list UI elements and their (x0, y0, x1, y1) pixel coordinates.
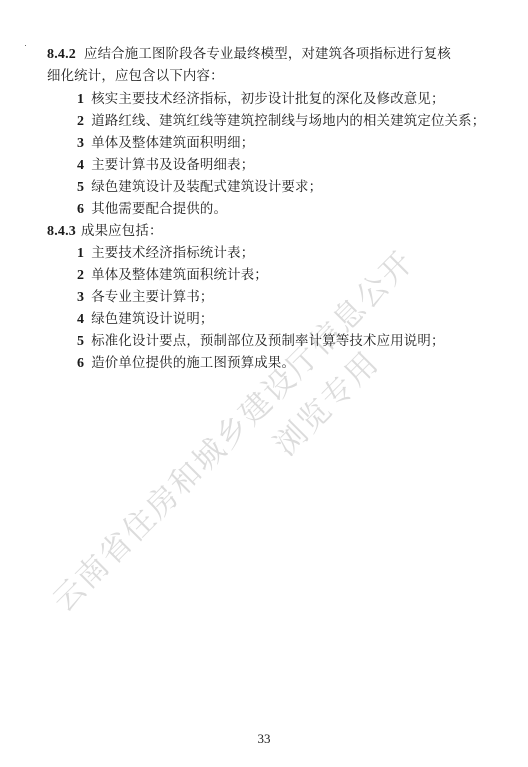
item-number: 4 (77, 158, 84, 173)
item-number: 3 (77, 136, 84, 151)
page-number: 33 (0, 731, 528, 747)
item-text: 主要计算书及设备明细表； (91, 158, 254, 173)
item-text: 各专业主要计算书； (91, 290, 213, 305)
item-number: 5 (77, 180, 84, 195)
list-item: 1核实主要技术经济指标，初步设计批复的深化及修改意见； (77, 92, 445, 108)
list-item: 2道路红线、建筑红线等建筑控制线与场地内的相关建筑定位关系； (77, 114, 485, 130)
item-text: 道路红线、建筑红线等建筑控制线与场地内的相关建筑定位关系； (91, 114, 485, 129)
item-number: 2 (77, 268, 84, 283)
item-number: 3 (77, 290, 84, 305)
item-text: 核实主要技术经济指标，初步设计批复的深化及修改意见； (91, 92, 444, 107)
list-item: 1主要技术经济指标统计表； (77, 246, 254, 262)
list-item: 5标准化设计要点，预制部位及预制率计算等技术应用说明； (77, 334, 445, 350)
item-text: 其他需要配合提供的。 (91, 202, 227, 217)
list-item: 4主要计算书及设备明细表； (77, 158, 254, 174)
item-text: 标准化设计要点，预制部位及预制率计算等技术应用说明； (91, 334, 444, 349)
clause-text: 成果应包括： (81, 224, 163, 239)
document-page: 云南省住房和城乡建设厅信息公开 浏览专用 8.4.2应结合施工图阶段各专业最终模… (0, 0, 528, 767)
clause-text: 应结合施工图阶段各专业最终模型，对建筑各项指标进行复核 (84, 47, 451, 62)
item-number: 4 (77, 312, 84, 327)
item-number: 1 (77, 246, 84, 261)
stray-dot (25, 45, 26, 46)
item-number: 2 (77, 114, 84, 129)
list-item: 6其他需要配合提供的。 (77, 202, 227, 218)
clause-text-continued: 细化统计，应包含以下内容： (47, 69, 224, 84)
list-item: 4绿色建筑设计说明； (77, 312, 214, 328)
item-text: 单体及整体建筑面积统计表； (91, 268, 268, 283)
item-text: 造价单位提供的施工图预算成果。 (91, 356, 295, 371)
clause-8-4-2-line-1: 8.4.2应结合施工图阶段各专业最终模型，对建筑各项指标进行复核 (47, 47, 451, 63)
clause-8-4-3-line-1: 8.4.3成果应包括： (47, 224, 163, 240)
item-text: 绿色建筑设计及装配式建筑设计要求； (91, 180, 322, 195)
item-text: 单体及整体建筑面积明细； (91, 136, 254, 151)
list-item: 3各专业主要计算书； (77, 290, 214, 306)
item-number: 6 (77, 202, 84, 217)
clause-number: 8.4.3 (47, 224, 76, 239)
item-text: 主要技术经济指标统计表； (91, 246, 254, 261)
item-number: 6 (77, 356, 84, 371)
item-number: 1 (77, 92, 84, 107)
list-item: 3单体及整体建筑面积明细； (77, 136, 254, 152)
list-item: 5绿色建筑设计及装配式建筑设计要求； (77, 180, 322, 196)
clause-8-4-2-line-2: 细化统计，应包含以下内容： (47, 69, 224, 85)
item-text: 绿色建筑设计说明； (91, 312, 213, 327)
list-item: 6造价单位提供的施工图预算成果。 (77, 356, 295, 372)
item-number: 5 (77, 334, 84, 349)
list-item: 2单体及整体建筑面积统计表； (77, 268, 268, 284)
clause-number: 8.4.2 (47, 47, 76, 62)
